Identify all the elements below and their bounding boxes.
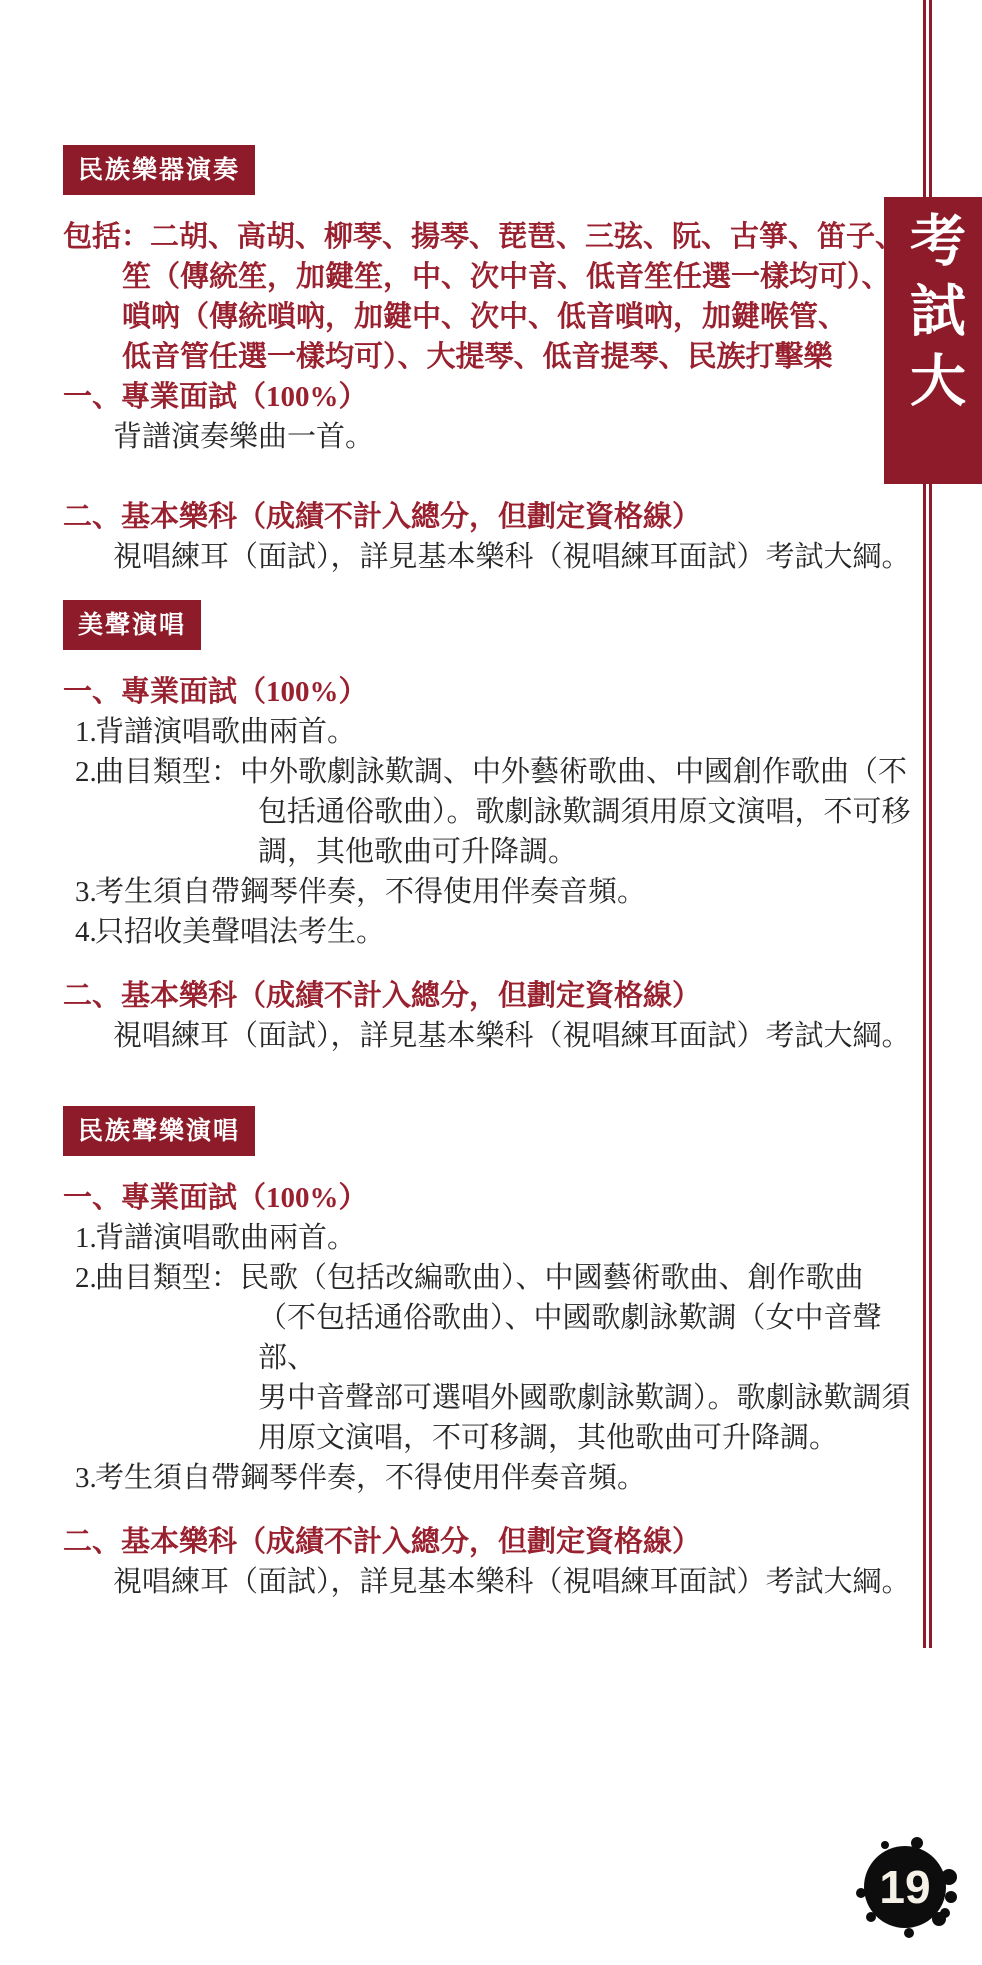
section-heading: 一、專業面試（100%） bbox=[63, 377, 923, 417]
section-heading: 二、基本樂科（成績不計入總分，但劃定資格線） bbox=[63, 1522, 923, 1562]
section-heading: 二、基本樂科（成績不計入總分，但劃定資格線） bbox=[63, 497, 923, 537]
list-item-first-line: 3.考生須自帶鋼琴伴奏，不得使用伴奏音頻。 bbox=[63, 872, 923, 912]
body-line: 視唱練耳（面試），詳見基本樂科（視唱練耳面試）考試大綱。 bbox=[63, 1562, 923, 1602]
body-line: 視唱練耳（面試），詳見基本樂科（視唱練耳面試）考試大綱。 bbox=[63, 1016, 923, 1056]
page-number: 19 bbox=[879, 1864, 930, 1910]
list-item-number: 4. bbox=[75, 912, 97, 952]
list-item: 3.考生須自帶鋼琴伴奏，不得使用伴奏音頻。 bbox=[63, 872, 923, 912]
list-item-number: 1. bbox=[75, 1218, 97, 1258]
section-badge: 民族聲樂演唱 bbox=[63, 1106, 255, 1156]
section-badge: 美聲演唱 bbox=[63, 600, 201, 650]
red-paragraph-line: 笙（傳統笙，加鍵笙，中、次中音、低音笙任選一樣均可）、 bbox=[63, 257, 923, 297]
body-line: 視唱練耳（面試），詳見基本樂科（視唱練耳面試）考試大綱。 bbox=[63, 537, 923, 577]
exam-section: 民族樂器演奏包括：二胡、高胡、柳琴、揚琴、琵琶、三弦、阮、古箏、笛子、笙（傳統笙… bbox=[63, 145, 923, 577]
list-item-first-line: 2.曲目類型：民歌（包括改編歌曲）、中國藝術歌曲、創作歌曲 bbox=[63, 1258, 923, 1298]
list-item-first-line: 4.只招收美聲唱法考生。 bbox=[63, 912, 923, 952]
section-heading: 一、專業面試（100%） bbox=[63, 1178, 923, 1218]
list-item-first-line: 3.考生須自帶鋼琴伴奏，不得使用伴奏音頻。 bbox=[63, 1458, 923, 1498]
red-paragraph-line: 低音管任選一樣均可）、大提琴、低音提琴、民族打擊樂 bbox=[63, 337, 923, 377]
list-item-number: 1. bbox=[75, 712, 97, 752]
section-badge-row: 民族聲樂演唱 bbox=[63, 1106, 923, 1156]
section-badge: 民族樂器演奏 bbox=[63, 145, 255, 195]
section-heading: 一、專業面試（100%） bbox=[63, 672, 923, 712]
red-paragraph-line: 嗩吶（傳統嗩吶，加鍵中、次中、低音嗩吶，加鍵喉管、 bbox=[63, 297, 923, 337]
list-item-text: 背譜演唱歌曲兩首。 bbox=[95, 716, 356, 748]
list-item-continuation: （不包括通俗歌曲）、中國歌劇詠歎調（女中音聲部、 bbox=[63, 1298, 923, 1378]
list-item-number: 3. bbox=[75, 872, 97, 912]
section-heading: 二、基本樂科（成績不計入總分，但劃定資格線） bbox=[63, 976, 923, 1016]
main-content: 民族樂器演奏包括：二胡、高胡、柳琴、揚琴、琵琶、三弦、阮、古箏、笛子、笙（傳統笙… bbox=[63, 0, 923, 1602]
body-line: 背譜演奏樂曲一首。 bbox=[63, 417, 923, 457]
list-item-text: 考生須自帶鋼琴伴奏，不得使用伴奏音頻。 bbox=[95, 876, 646, 908]
section-badge-row: 美聲演唱 bbox=[63, 600, 923, 650]
instruments-paragraph: 包括：二胡、高胡、柳琴、揚琴、琵琶、三弦、阮、古箏、笛子、笙（傳統笙，加鍵笙，中… bbox=[63, 217, 923, 377]
list-item-continuation: 用原文演唱，不可移調，其他歌曲可升降調。 bbox=[63, 1418, 923, 1458]
list-item-continuation: 男中音聲部可選唱外國歌劇詠歎調）。歌劇詠歎調須 bbox=[63, 1378, 923, 1418]
list-item-continuation: 包括通俗歌曲）。歌劇詠歎調須用原文演唱，不可移 bbox=[63, 792, 923, 832]
list-item-number: 2. bbox=[75, 752, 97, 792]
list-item-text: 背譜演唱歌曲兩首。 bbox=[95, 1222, 356, 1254]
list-item-text: 考生須自帶鋼琴伴奏，不得使用伴奏音頻。 bbox=[95, 1462, 646, 1494]
exam-section: 民族聲樂演唱一、專業面試（100%）1.背譜演唱歌曲兩首。2.曲目類型：民歌（包… bbox=[63, 1106, 923, 1602]
section-badge-row: 民族樂器演奏 bbox=[63, 145, 923, 195]
list-item-text: 只招收美聲唱法考生。 bbox=[95, 916, 385, 948]
red-paragraph-line: 包括：二胡、高胡、柳琴、揚琴、琵琶、三弦、阮、古箏、笛子、 bbox=[63, 217, 923, 257]
list-item-number: 2. bbox=[75, 1258, 97, 1298]
list-item-continuation: 調，其他歌曲可升降調。 bbox=[63, 832, 923, 872]
list-item-first-line: 1.背譜演唱歌曲兩首。 bbox=[63, 1218, 923, 1258]
list-item-first-line: 2.曲目類型：中外歌劇詠歎調、中外藝術歌曲、中國創作歌曲（不 bbox=[63, 752, 923, 792]
list-item: 1.背譜演唱歌曲兩首。 bbox=[63, 712, 923, 752]
list-item: 4.只招收美聲唱法考生。 bbox=[63, 912, 923, 952]
exam-section: 美聲演唱一、專業面試（100%）1.背譜演唱歌曲兩首。2.曲目類型：中外歌劇詠歎… bbox=[63, 600, 923, 1056]
list-item-number: 3. bbox=[75, 1458, 97, 1498]
list-item: 3.考生須自帶鋼琴伴奏，不得使用伴奏音頻。 bbox=[63, 1458, 923, 1498]
list-item: 2.曲目類型：中外歌劇詠歎調、中外藝術歌曲、中國創作歌曲（不包括通俗歌曲）。歌劇… bbox=[63, 752, 923, 872]
list-item-text: 曲目類型：中外歌劇詠歎調、中外藝術歌曲、中國創作歌曲（不 bbox=[95, 756, 907, 788]
list-item-first-line: 1.背譜演唱歌曲兩首。 bbox=[63, 712, 923, 752]
page-number-badge: 19 bbox=[864, 1846, 946, 1928]
list-item-text: 曲目類型：民歌（包括改編歌曲）、中國藝術歌曲、創作歌曲 bbox=[95, 1262, 864, 1294]
document-page: 考試大綱 民族樂器演奏包括：二胡、高胡、柳琴、揚琴、琵琶、三弦、阮、古箏、笛子、… bbox=[0, 0, 982, 1965]
list-item: 2.曲目類型：民歌（包括改編歌曲）、中國藝術歌曲、創作歌曲（不包括通俗歌曲）、中… bbox=[63, 1258, 923, 1458]
list-item: 1.背譜演唱歌曲兩首。 bbox=[63, 1218, 923, 1258]
